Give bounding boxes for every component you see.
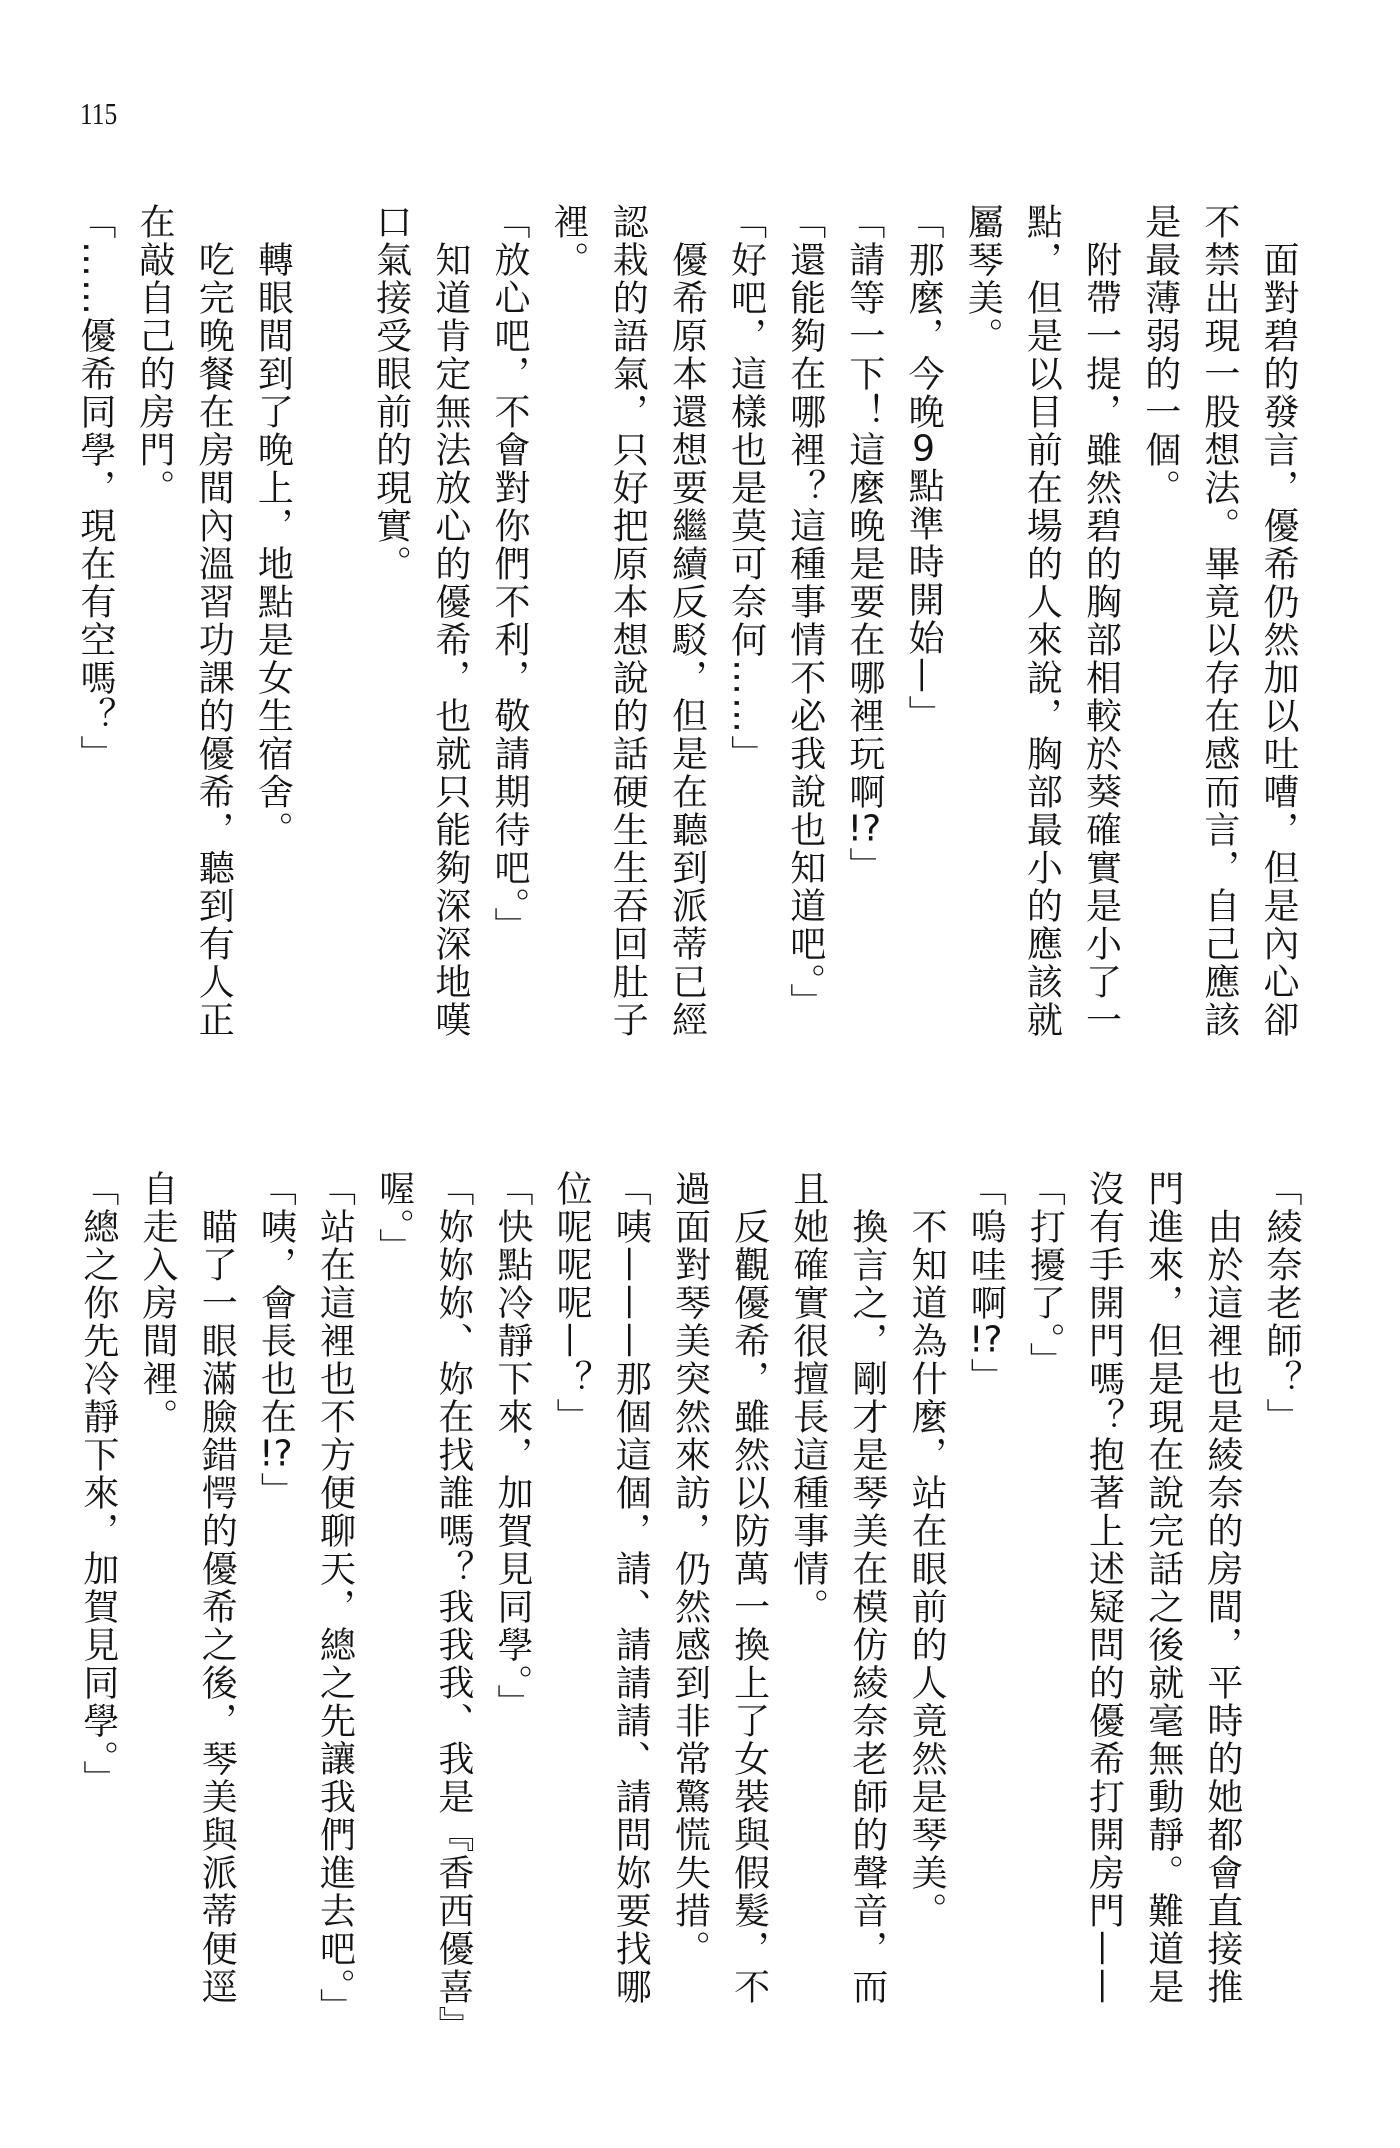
text-segment: 認栽的語氣，只好把原本想說的話硬生生吞回肚子 xyxy=(607,203,648,1039)
text-segment: 點準時開始—」 xyxy=(903,467,944,733)
text-column: 點，但是以目前在場的人來說，胸部最小的應該就 xyxy=(1012,203,1071,1043)
text-segment: 過面對琴美突然來訪，仍然感到非常驚慌失措。 xyxy=(669,1170,710,1968)
text-segment: 不知道為什麼，站在眼前的人竟然是琴美。 xyxy=(906,1208,947,1930)
text-column: 附帶一提，雖然碧的胸部相較於葵確實是小了一 xyxy=(1071,203,1130,1043)
text-segment: 「咦，會長也在 xyxy=(255,1170,296,1436)
text-column: 屬琴美。 xyxy=(953,203,1012,1043)
text-segment: 」 xyxy=(965,1358,1006,1396)
top-text-block: 面對碧的發言，優希仍然加以吐嘈，但是內心卻 不禁出現一股想法。畢竟以存在感而言，… xyxy=(66,203,1308,1043)
text-column: 不知道為什麼，站在眼前的人竟然是琴美。 xyxy=(897,1170,956,2010)
section-break xyxy=(302,203,361,1043)
dialogue-column: 「打擾了。」 xyxy=(1015,1170,1074,2010)
text-column: 認栽的語氣，只好把原本想說的話硬生生吞回肚子 xyxy=(598,203,657,1043)
text-segment: 不禁出現一股想法。畢竟以存在感而言，自己應該 xyxy=(1199,203,1240,1039)
text-segment: 「妳妳妳、妳在找誰嗎？我我我、我是『香西優喜』 xyxy=(433,1170,474,2044)
dialogue-column: 「咦，會長也在!?」 xyxy=(246,1170,305,2010)
text-segment: 吃完晚餐在房間內溫習功課的優希，聽到有人正 xyxy=(193,241,234,1039)
text-segment: 喔。」 xyxy=(374,1170,415,1266)
text-column: 在敲自己的房門。 xyxy=(125,203,184,1043)
text-segment: 門進來，但是現在說完話之後就毫無動靜。難道是 xyxy=(1143,1170,1184,2006)
text-column: 面對碧的發言，優希仍然加以吐嘈，但是內心卻 xyxy=(1249,203,1308,1043)
text-column: 不禁出現一股想法。畢竟以存在感而言，自己應該 xyxy=(1190,203,1249,1043)
text-column: 且她確實很擅長這種事情。 xyxy=(779,1170,838,2010)
text-segment: 「站在這裡也不方便聊天，總之先讓我們進去吧。」 xyxy=(315,1170,356,2026)
text-segment: 是最薄弱的一個。 xyxy=(1140,203,1181,507)
bottom-text-block: 「綾奈老師？」 由於這裡也是綾奈的房間，平時的她都會直接推 門進來，但是現在說完… xyxy=(69,1170,1311,2010)
text-segment: 反觀優希，雖然以防萬一換上了女裝與假髮，不 xyxy=(729,1208,770,2006)
text-column: 由於這裡也是綾奈的房間，平時的她都會直接推 xyxy=(1193,1170,1252,2010)
text-segment: 面對碧的發言，優希仍然加以吐嘈，但是內心卻 xyxy=(1258,241,1299,1039)
text-column: 裡。 xyxy=(539,203,598,1043)
text-column: 瞄了一眼滿臉錯愕的優希之後，琴美與派蒂便逕 xyxy=(187,1170,246,2010)
text-segment: 優希原本還想要繼續反駁，但是在聽到派蒂已經 xyxy=(666,241,707,1039)
page-number: 115 xyxy=(80,98,117,129)
text-segment: 「嗚哇啊 xyxy=(965,1170,1006,1322)
text-segment: 「請等一下！這麼晚是要在哪裡玩啊 xyxy=(844,203,885,811)
dialogue-column: 「好吧，這樣也是莫可奈何……」 xyxy=(716,203,775,1043)
text-segment: 「放心吧，不會對你們不利，敬請期待吧。」 xyxy=(489,203,530,945)
text-segment: 在敲自己的房門。 xyxy=(134,203,175,507)
text-segment: 「快點冷靜下來，加賀見同學。」 xyxy=(492,1170,533,1722)
text-segment: 瞄了一眼滿臉錯愕的優希之後，琴美與派蒂便逕 xyxy=(196,1208,237,2006)
upright-number: 9 xyxy=(903,431,944,467)
dialogue-column: 「那麼，今晚9點準時開始—」 xyxy=(894,203,953,1043)
upright-punctuation: !? xyxy=(255,1436,296,1472)
text-column: 優希原本還想要繼續反駁，但是在聽到派蒂已經 xyxy=(657,203,716,1043)
text-segment: 附帶一提，雖然碧的胸部相較於葵確實是小了一 xyxy=(1081,241,1122,1039)
text-segment: 」 xyxy=(255,1472,296,1510)
text-column: 反觀優希，雖然以防萬一換上了女裝與假髮，不 xyxy=(719,1170,778,2010)
text-column: 自走入房間裡。 xyxy=(128,1170,187,2010)
upright-punctuation: !? xyxy=(965,1322,1006,1358)
text-segment: 「綾奈老師？」 xyxy=(1261,1170,1302,1436)
dialogue-column: 「……優希同學，現在有空嗎？」 xyxy=(66,203,125,1043)
dialogue-column: 「嗚哇啊!?」 xyxy=(956,1170,1015,2010)
text-segment: 「打擾了。」 xyxy=(1024,1170,1065,1380)
text-segment: 屬琴美。 xyxy=(962,203,1003,355)
text-segment: 位呢呢呢—？」 xyxy=(551,1170,592,1436)
text-segment: 「那麼，今晚 xyxy=(903,203,944,431)
dialogue-column: 「咦———那個這個，請、請請請、請問妳要找哪 xyxy=(601,1170,660,2010)
text-segment: 「咦———那個這個，請、請請請、請問妳要找哪 xyxy=(610,1170,651,2006)
text-column: 知道肯定無法放心的優希，也就只能夠深深地嘆 xyxy=(421,203,480,1043)
dialogue-column: 「綾奈老師？」 xyxy=(1252,1170,1311,2010)
text-column: 沒有手開門嗎？抱著上述疑問的優希打開房門—— xyxy=(1074,1170,1133,2010)
dialogue-column: 位呢呢呢—？」 xyxy=(542,1170,601,2010)
text-segment: 自走入房間裡。 xyxy=(137,1170,178,1436)
dialogue-column: 「總之你先冷靜下來，加賀見同學。」 xyxy=(69,1170,128,2010)
text-segment: 由於這裡也是綾奈的房間，平時的她都會直接推 xyxy=(1202,1208,1243,2006)
text-segment: 沒有手開門嗎？抱著上述疑問的優希打開房門—— xyxy=(1084,1170,1125,2006)
text-column: 換言之，剛才是琴美在模仿綾奈老師的聲音，而 xyxy=(838,1170,897,2010)
dialogue-column: 「妳妳妳、妳在找誰嗎？我我我、我是『香西優喜』 xyxy=(424,1170,483,2010)
text-column: 吃完晚餐在房間內溫習功課的優希，聽到有人正 xyxy=(184,203,243,1043)
text-segment: 裡。 xyxy=(548,203,589,279)
text-column: 是最薄弱的一個。 xyxy=(1131,203,1190,1043)
text-segment: 且她確實很擅長這種事情。 xyxy=(788,1170,829,1626)
dialogue-column: 「快點冷靜下來，加賀見同學。」 xyxy=(483,1170,542,2010)
text-column: 口氣接受眼前的現實。 xyxy=(362,203,421,1043)
text-column: 門進來，但是現在說完話之後就毫無動靜。難道是 xyxy=(1134,1170,1193,2010)
text-segment: 」 xyxy=(844,847,885,885)
book-page: 115 面對碧的發言，優希仍然加以吐嘈，但是內心卻 不禁出現一股想法。畢竟以存在… xyxy=(0,0,1400,2148)
upright-punctuation: !? xyxy=(844,811,885,847)
text-segment: 「還能夠在哪裡？這種事情不必我說也知道吧。」 xyxy=(785,203,826,1021)
text-segment: 「總之你先冷靜下來，加賀見同學。」 xyxy=(78,1170,119,1798)
dialogue-column: 「請等一下！這麼晚是要在哪裡玩啊!?」 xyxy=(835,203,894,1043)
text-segment: 「好吧，這樣也是莫可奈何……」 xyxy=(726,203,767,773)
dialogue-column: 「還能夠在哪裡？這種事情不必我說也知道吧。」 xyxy=(776,203,835,1043)
dialogue-column: 「放心吧，不會對你們不利，敬請期待吧。」 xyxy=(480,203,539,1043)
text-column: 轉眼間到了晚上，地點是女生宿舍。 xyxy=(243,203,302,1043)
text-segment: 點，但是以目前在場的人來說，胸部最小的應該就 xyxy=(1021,203,1062,1039)
text-segment: 換言之，剛才是琴美在模仿綾奈老師的聲音，而 xyxy=(847,1208,888,2006)
dialogue-column: 喔。」 xyxy=(365,1170,424,2010)
text-segment: 知道肯定無法放心的優希，也就只能夠深深地嘆 xyxy=(430,241,471,1039)
text-segment: 口氣接受眼前的現實。 xyxy=(371,203,412,583)
text-column: 過面對琴美突然來訪，仍然感到非常驚慌失措。 xyxy=(660,1170,719,2010)
text-segment: 「……優希同學，現在有空嗎？」 xyxy=(75,203,116,773)
dialogue-column: 「站在這裡也不方便聊天，總之先讓我們進去吧。」 xyxy=(305,1170,364,2010)
text-segment: 轉眼間到了晚上，地點是女生宿舍。 xyxy=(252,241,293,849)
